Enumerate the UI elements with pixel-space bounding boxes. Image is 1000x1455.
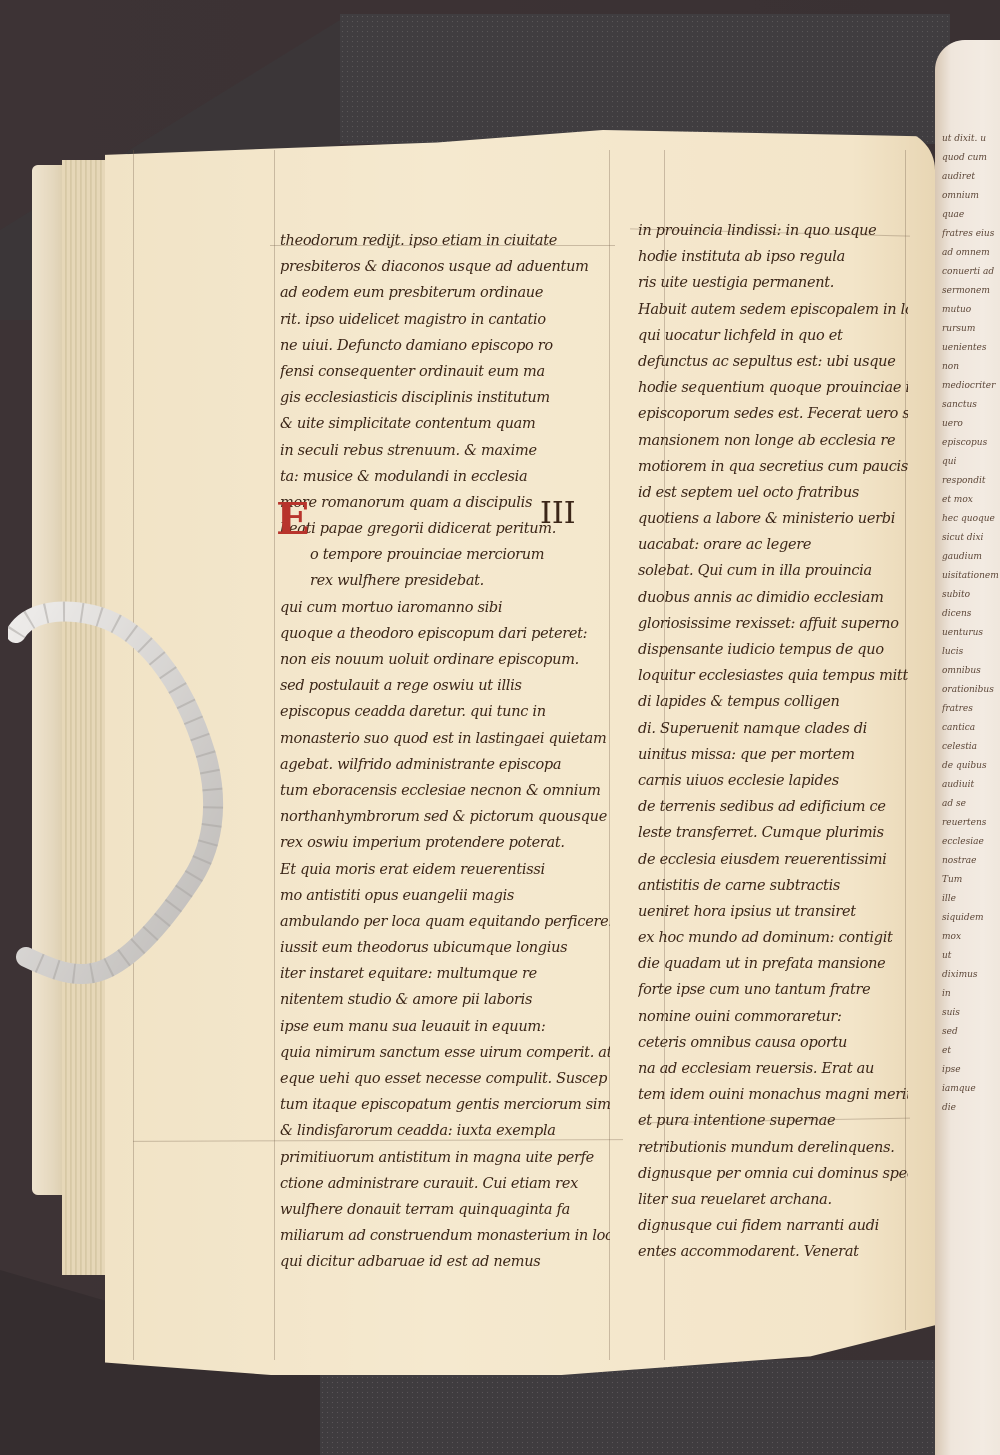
- text-line: monasterio suo quod est in lastingaei qu…: [280, 726, 610, 752]
- facing-text-line: omnium quae: [942, 187, 1000, 225]
- text-line: in prouincia lindissi: in quo usque: [638, 218, 908, 244]
- facing-text-line: uenientes: [942, 339, 1000, 358]
- text-line: ne uiui. Defuncto damiano episcopo ro: [280, 333, 610, 359]
- text-line: presbiteros & diaconos usque ad aduentum: [280, 254, 610, 280]
- facing-text-line: episcopus: [942, 434, 1000, 453]
- facing-text-line: fratres eius: [942, 225, 1000, 244]
- text-line: mansionem non longe ab ecclesia re: [638, 428, 908, 454]
- facing-text-line: sanctus uero: [942, 396, 1000, 434]
- text-line: nomine ouini commoraretur:: [638, 1004, 908, 1030]
- facing-text-line: quod cum audiret: [942, 149, 1000, 187]
- facing-text-line: reuertens: [942, 814, 1000, 833]
- text-line: uacabat: orare ac legere: [638, 532, 908, 558]
- text-line: o tempore prouinciae merciorum: [280, 542, 610, 568]
- facing-text-line: ille: [942, 890, 1000, 909]
- text-line: quia nimirum sanctum esse uirum comperit…: [280, 1040, 610, 1066]
- text-line: rex wulfhere presidebat.: [280, 568, 610, 594]
- text-line: ctione administrare curauit. Cui etiam r…: [280, 1171, 610, 1197]
- text-line: ad eodem eum presbiterum ordinaue: [280, 280, 610, 306]
- text-line: mo antistiti opus euangelii magis: [280, 883, 610, 909]
- text-line: retributionis mundum derelinquens.: [638, 1135, 908, 1161]
- facing-text-line: lucis: [942, 643, 1000, 662]
- facing-text-line: ecclesiae: [942, 833, 1000, 852]
- facing-text-line: cantica: [942, 719, 1000, 738]
- text-line: dignusque per omnia cui dominus specia: [638, 1161, 908, 1187]
- text-line: loquitur ecclesiastes quia tempus mitte: [638, 663, 908, 689]
- foam-support-top: [340, 14, 950, 144]
- text-line: & uite simplicitate contentum quam: [280, 411, 610, 437]
- text-line: ipse eum manu sua leuauit in equum:: [280, 1014, 610, 1040]
- facing-text-line: sicut dixi: [942, 529, 1000, 548]
- facing-text-line: ad omnem: [942, 244, 1000, 263]
- text-line: wulfhere donauit terram quinquaginta fa: [280, 1197, 610, 1223]
- facing-text-line: diximus: [942, 966, 1000, 985]
- facing-text-line: ad se: [942, 795, 1000, 814]
- text-line: uinitus missa: que per mortem: [638, 742, 908, 768]
- text-line: solebat. Qui cum in illa prouincia: [638, 558, 908, 584]
- facing-text-line: qui respondit: [942, 453, 1000, 491]
- text-line: ta: musice & modulandi in ecclesia: [280, 464, 610, 490]
- text-line: primitiuorum antistitum in magna uite pe…: [280, 1145, 610, 1171]
- facing-text-line: et mox: [942, 491, 1000, 510]
- text-line: rex oswiu imperium protendere poterat.: [280, 830, 610, 856]
- text-line: qui uocatur lichfeld in quo et: [638, 323, 908, 349]
- text-line: forte ipse cum uno tantum fratre: [638, 977, 908, 1003]
- text-line: die quadam ut in prefata mansione: [638, 951, 908, 977]
- facing-text-line: subito: [942, 586, 1000, 605]
- text-line: agebat. wilfrido administrante episcopa: [280, 752, 610, 778]
- text-line: Et quia moris erat eidem reuerentissi: [280, 857, 610, 883]
- text-line: de terrenis sedibus ad edificium ce: [638, 794, 908, 820]
- facing-text-line: fratres: [942, 700, 1000, 719]
- facing-text-line: in: [942, 985, 1000, 1004]
- facing-text-line: de quibus: [942, 757, 1000, 776]
- facing-text-line: hec quoque: [942, 510, 1000, 529]
- facing-text-line: mox: [942, 928, 1000, 947]
- facing-page-text: ut dixit. uquod cum audiretomnium quaefr…: [942, 130, 1000, 1140]
- text-line: liter sua reuelaret archana.: [638, 1187, 908, 1213]
- text-line: Habuit autem sedem episcopalem in loco: [638, 297, 908, 323]
- text-line: ex hoc mundo ad dominum: contigit: [638, 925, 908, 951]
- facing-text-line: dicens: [942, 605, 1000, 624]
- facing-text-line: ut dixit. u: [942, 130, 1000, 149]
- text-line: duobus annis ac dimidio ecclesiam: [638, 585, 908, 611]
- facing-text-line: non mediocriter: [942, 358, 1000, 396]
- text-line: defunctus ac sepultus est: ubi usque: [638, 349, 908, 375]
- facing-text-line: audiuit: [942, 776, 1000, 795]
- text-line: carnis uiuos ecclesie lapides: [638, 768, 908, 794]
- text-column-right: in prouincia lindissi: in quo usque hodi…: [638, 218, 908, 1266]
- text-line: ris uite uestigia permanent.: [638, 270, 908, 296]
- facing-text-line: orationibus: [942, 681, 1000, 700]
- text-line: ambulando per loca quam equitando perfic…: [280, 909, 610, 935]
- text-line: non eis nouum uoluit ordinare episcopum.: [280, 647, 610, 673]
- text-line: tum eboracensis ecclesiae necnon & omniu…: [280, 778, 610, 804]
- text-line: id est septem uel octo fratribus: [638, 480, 908, 506]
- text-line: leste transferret. Cumque plurimis: [638, 820, 908, 846]
- text-line: hodie sequentium quoque prouinciae illiu…: [638, 375, 908, 401]
- facing-text-line: et: [942, 1042, 1000, 1061]
- text-line: iter instaret equitare: multumque re: [280, 961, 610, 987]
- facing-text-line: iamque: [942, 1080, 1000, 1099]
- text-line: & lindisfarorum ceadda: iuxta exempla: [280, 1118, 610, 1144]
- text-line: et pura intentione supernae: [638, 1108, 908, 1134]
- text-line: tum itaque episcopatum gentis merciorum …: [280, 1092, 610, 1118]
- text-line: ceteris omnibus causa oportu: [638, 1030, 908, 1056]
- text-line: di. Superuenit namque clades di: [638, 716, 908, 742]
- text-line: rit. ipso uidelicet magistro in cantatio: [280, 307, 610, 333]
- text-line: northanhymbrorum sed & pictorum quousque: [280, 804, 610, 830]
- ruling-line: [274, 150, 275, 1360]
- text-line: qui dicitur adbaruae id est ad nemus: [280, 1249, 610, 1275]
- facing-text-line: siquidem: [942, 909, 1000, 928]
- text-line: iussit eum theodorus ubicumque longius: [280, 935, 610, 961]
- text-line: gis ecclesiasticis disciplinis institutu…: [280, 385, 610, 411]
- text-line: dispensante iudicio tempus de quo: [638, 637, 908, 663]
- text-line: de ecclesia eiusdem reuerentissimi: [638, 847, 908, 873]
- text-line: tem idem ouini monachus magni meriti: [638, 1082, 908, 1108]
- text-line: theodorum redijt. ipso etiam in ciuitate: [280, 228, 610, 254]
- text-line: na ad ecclesiam reuersis. Erat au: [638, 1056, 908, 1082]
- facing-text-line: rursum: [942, 320, 1000, 339]
- text-line: entes accommodarent. Venerat: [638, 1239, 908, 1265]
- facing-text-line: ipse: [942, 1061, 1000, 1080]
- facing-text-line: celestia: [942, 738, 1000, 757]
- text-line: hodie instituta ab ipso regula: [638, 244, 908, 270]
- text-line: qui cum mortuo iaromanno sibi: [280, 595, 610, 621]
- text-line: sed postulauit a rege oswiu ut illis: [280, 673, 610, 699]
- text-line: episcopus ceadda daretur. qui tunc in: [280, 699, 610, 725]
- facing-text-line: Tum: [942, 871, 1000, 890]
- text-line: quoque a theodoro episcopum dari peteret…: [280, 621, 610, 647]
- text-line: antistitis de carne subtractis: [638, 873, 908, 899]
- facing-text-line: conuerti ad: [942, 263, 1000, 282]
- book-snake-weight: [8, 585, 224, 985]
- facing-text-line: uenturus: [942, 624, 1000, 643]
- text-column-left: theodorum redijt. ipso etiam in ciuitate…: [280, 228, 610, 1276]
- facing-text-line: sed: [942, 1023, 1000, 1042]
- text-line: nitentem studio & amore pii laboris: [280, 987, 610, 1013]
- text-line: in seculi rebus strenuum. & maxime: [280, 438, 610, 464]
- facing-text-line: ut: [942, 947, 1000, 966]
- facing-text-line: die: [942, 1099, 1000, 1118]
- text-line: gloriosissime rexisset: affuit superno: [638, 611, 908, 637]
- text-line: ueniret hora ipsius ut transiret: [638, 899, 908, 925]
- facing-text-line: suis: [942, 1004, 1000, 1023]
- text-line: episcoporum sedes est. Fecerat uero se: [638, 401, 908, 427]
- text-line: eque uehi quo esset necesse compulit. Su…: [280, 1066, 610, 1092]
- text-line: dignusque cui fidem narranti audi: [638, 1213, 908, 1239]
- text-line: quotiens a labore & ministerio uerbi: [638, 506, 908, 532]
- text-line: miliarum ad construendum monasterium in …: [280, 1223, 610, 1249]
- text-line: motiorem in qua secretius cum paucis: [638, 454, 908, 480]
- facing-text-line: uisitationem: [942, 567, 1000, 586]
- facing-text-line: gaudium: [942, 548, 1000, 567]
- facing-text-line: omnibus: [942, 662, 1000, 681]
- facing-text-line: sermonem: [942, 282, 1000, 301]
- text-line: di lapides & tempus colligen: [638, 689, 908, 715]
- text-line: fensi consequenter ordinauit eum ma: [280, 359, 610, 385]
- chapter-number: III: [540, 496, 576, 531]
- rubricated-initial: E: [276, 500, 306, 540]
- facing-text-line: mutuo: [942, 301, 1000, 320]
- facing-text-line: nostrae: [942, 852, 1000, 871]
